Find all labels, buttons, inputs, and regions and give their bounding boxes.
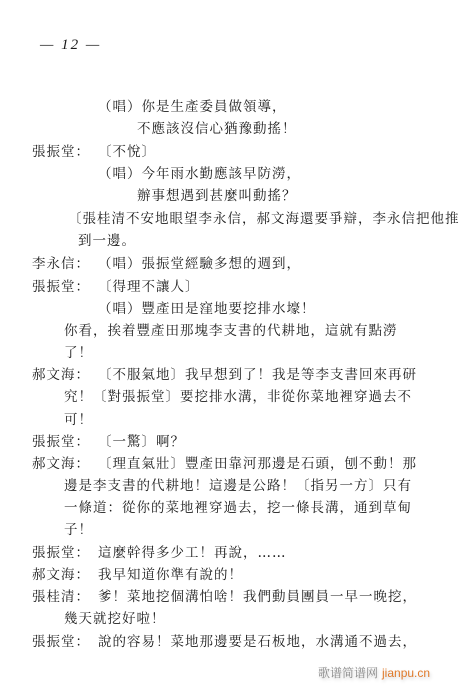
dialogue-line: （唱）你是生產委員做領導， (98, 95, 287, 115)
watermark: 歌谱简谱网jianpu.cn (318, 664, 430, 681)
speaker-name: 郝文海： (32, 563, 90, 583)
watermark-url: jianpu.cn (382, 666, 430, 680)
dialogue-line: （唱）豐產田是窪地要挖排水壕！ (98, 297, 316, 317)
dialogue-line: 幾天就挖好啦！ (64, 607, 166, 627)
dialogue-line: （唱）今年雨水勤應該早防澇， (98, 162, 301, 182)
dialogue-line: 到一邊。 (78, 229, 136, 249)
dialogue-line: 我早知道你準有說的！ (98, 563, 243, 583)
dialogue-line: 〔不服氣地〕我早想到了！我是等李支書回來再研 (98, 363, 417, 383)
dialogue-line: 究！〔對張振堂〕要挖排水溝，非從你菜地裡穿過去不 (64, 385, 412, 405)
dialogue-line: 〔得理不讓人〕 (98, 275, 200, 295)
speaker-name: 張振堂： (32, 541, 90, 561)
speaker-name: 郝文海： (32, 363, 90, 383)
dialogue-line: 爹！菜地挖個溝怕啥！我們動員團員一早一晚挖， (98, 585, 417, 605)
dialogue-line: 〔理直氣壯〕豐產田靠河那邊是石頭，刨不動！那 (98, 452, 417, 472)
watermark-cn: 歌谱简谱网 (318, 666, 378, 680)
dialogue-line: 了！ (64, 341, 93, 361)
dialogue-line: 邊是李支書的代耕地！這邊是公路！〔指另一方〕只有 (64, 474, 412, 494)
dialogue-line: 一條道：從你的菜地裡穿過去，挖一條長溝，通到草甸 (64, 496, 412, 516)
dialogue-line: 子！ (64, 518, 93, 538)
speaker-name: 張振堂： (32, 630, 90, 650)
dialogue-line: 這麼幹得多少工！再說，…… (98, 541, 287, 561)
dialogue-line: 可！ (64, 408, 93, 428)
dialogue-line: 〔不悅〕 (98, 140, 156, 160)
dialogue-line: 不應該沒信心猶豫動搖！ (137, 117, 297, 137)
speaker-name: 郝文海： (32, 452, 90, 472)
dialogue-line: 你看，挨着豐產田那塊李支書的代耕地，這就有點澇 (64, 319, 398, 339)
dialogue-line: 〔張桂清不安地眼望李永信，郝文海還要爭辯，李永信把他推 (68, 207, 460, 227)
page-number: — 12 — (40, 37, 101, 54)
speaker-name: 李永信： (32, 252, 90, 272)
speaker-name: 張振堂： (32, 275, 90, 295)
dialogue-line: 〔一驚〕啊？ (98, 430, 185, 450)
speaker-name: 張桂清： (32, 585, 90, 605)
speaker-name: 張振堂： (32, 430, 90, 450)
dialogue-line: 辦事想遇到甚麼叫動搖？ (137, 184, 297, 204)
speaker-name: 張振堂： (32, 140, 90, 160)
dialogue-line: 說的容易！菜地那邊要是石板地，水溝通不過去， (98, 630, 417, 650)
dialogue-line: （唱）張振堂經驗多想的週到， (98, 252, 301, 272)
